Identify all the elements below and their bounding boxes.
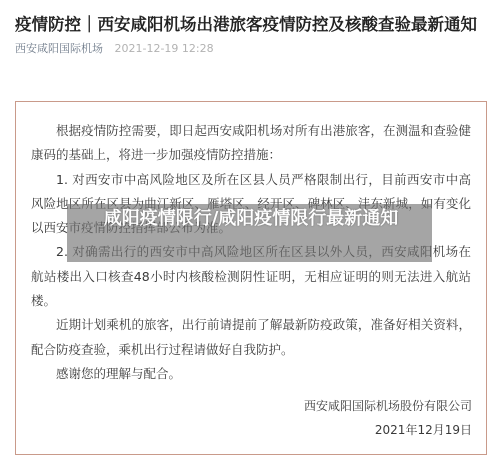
article-meta: 西安咸阳国际机场 2021-12-19 12:28 [15,40,214,56]
signature-date: 2021年12月19日 [304,418,472,442]
signature-organization: 西安咸阳国际机场股份有限公司 [304,394,472,418]
article-timestamp: 2021-12-19 12:28 [115,42,214,55]
caption-overlay-text: 咸阳疫情限行/咸阳疫情限行最新通知 [76,206,426,232]
notice-paragraph-advice: 近期计划乘机的旅客，出行前请提前了解最新防疫政策，准备好相关资料，配合防疫查验，… [31,313,471,362]
article-author-link[interactable]: 西安咸阳国际机场 [15,42,103,55]
notice-paragraph-thanks: 感谢您的理解与配合。 [31,362,471,386]
notice-paragraph-intro: 根据疫情防控需要，即日起西安咸阳机场对所有出港旅客，在测温和查验健康码的基础上，… [31,119,471,168]
notice-signature: 西安咸阳国际机场股份有限公司 2021年12月19日 [304,394,472,442]
article-title: 疫情防控｜西安咸阳机场出港旅客疫情防控及核酸查验最新通知 [15,11,477,35]
